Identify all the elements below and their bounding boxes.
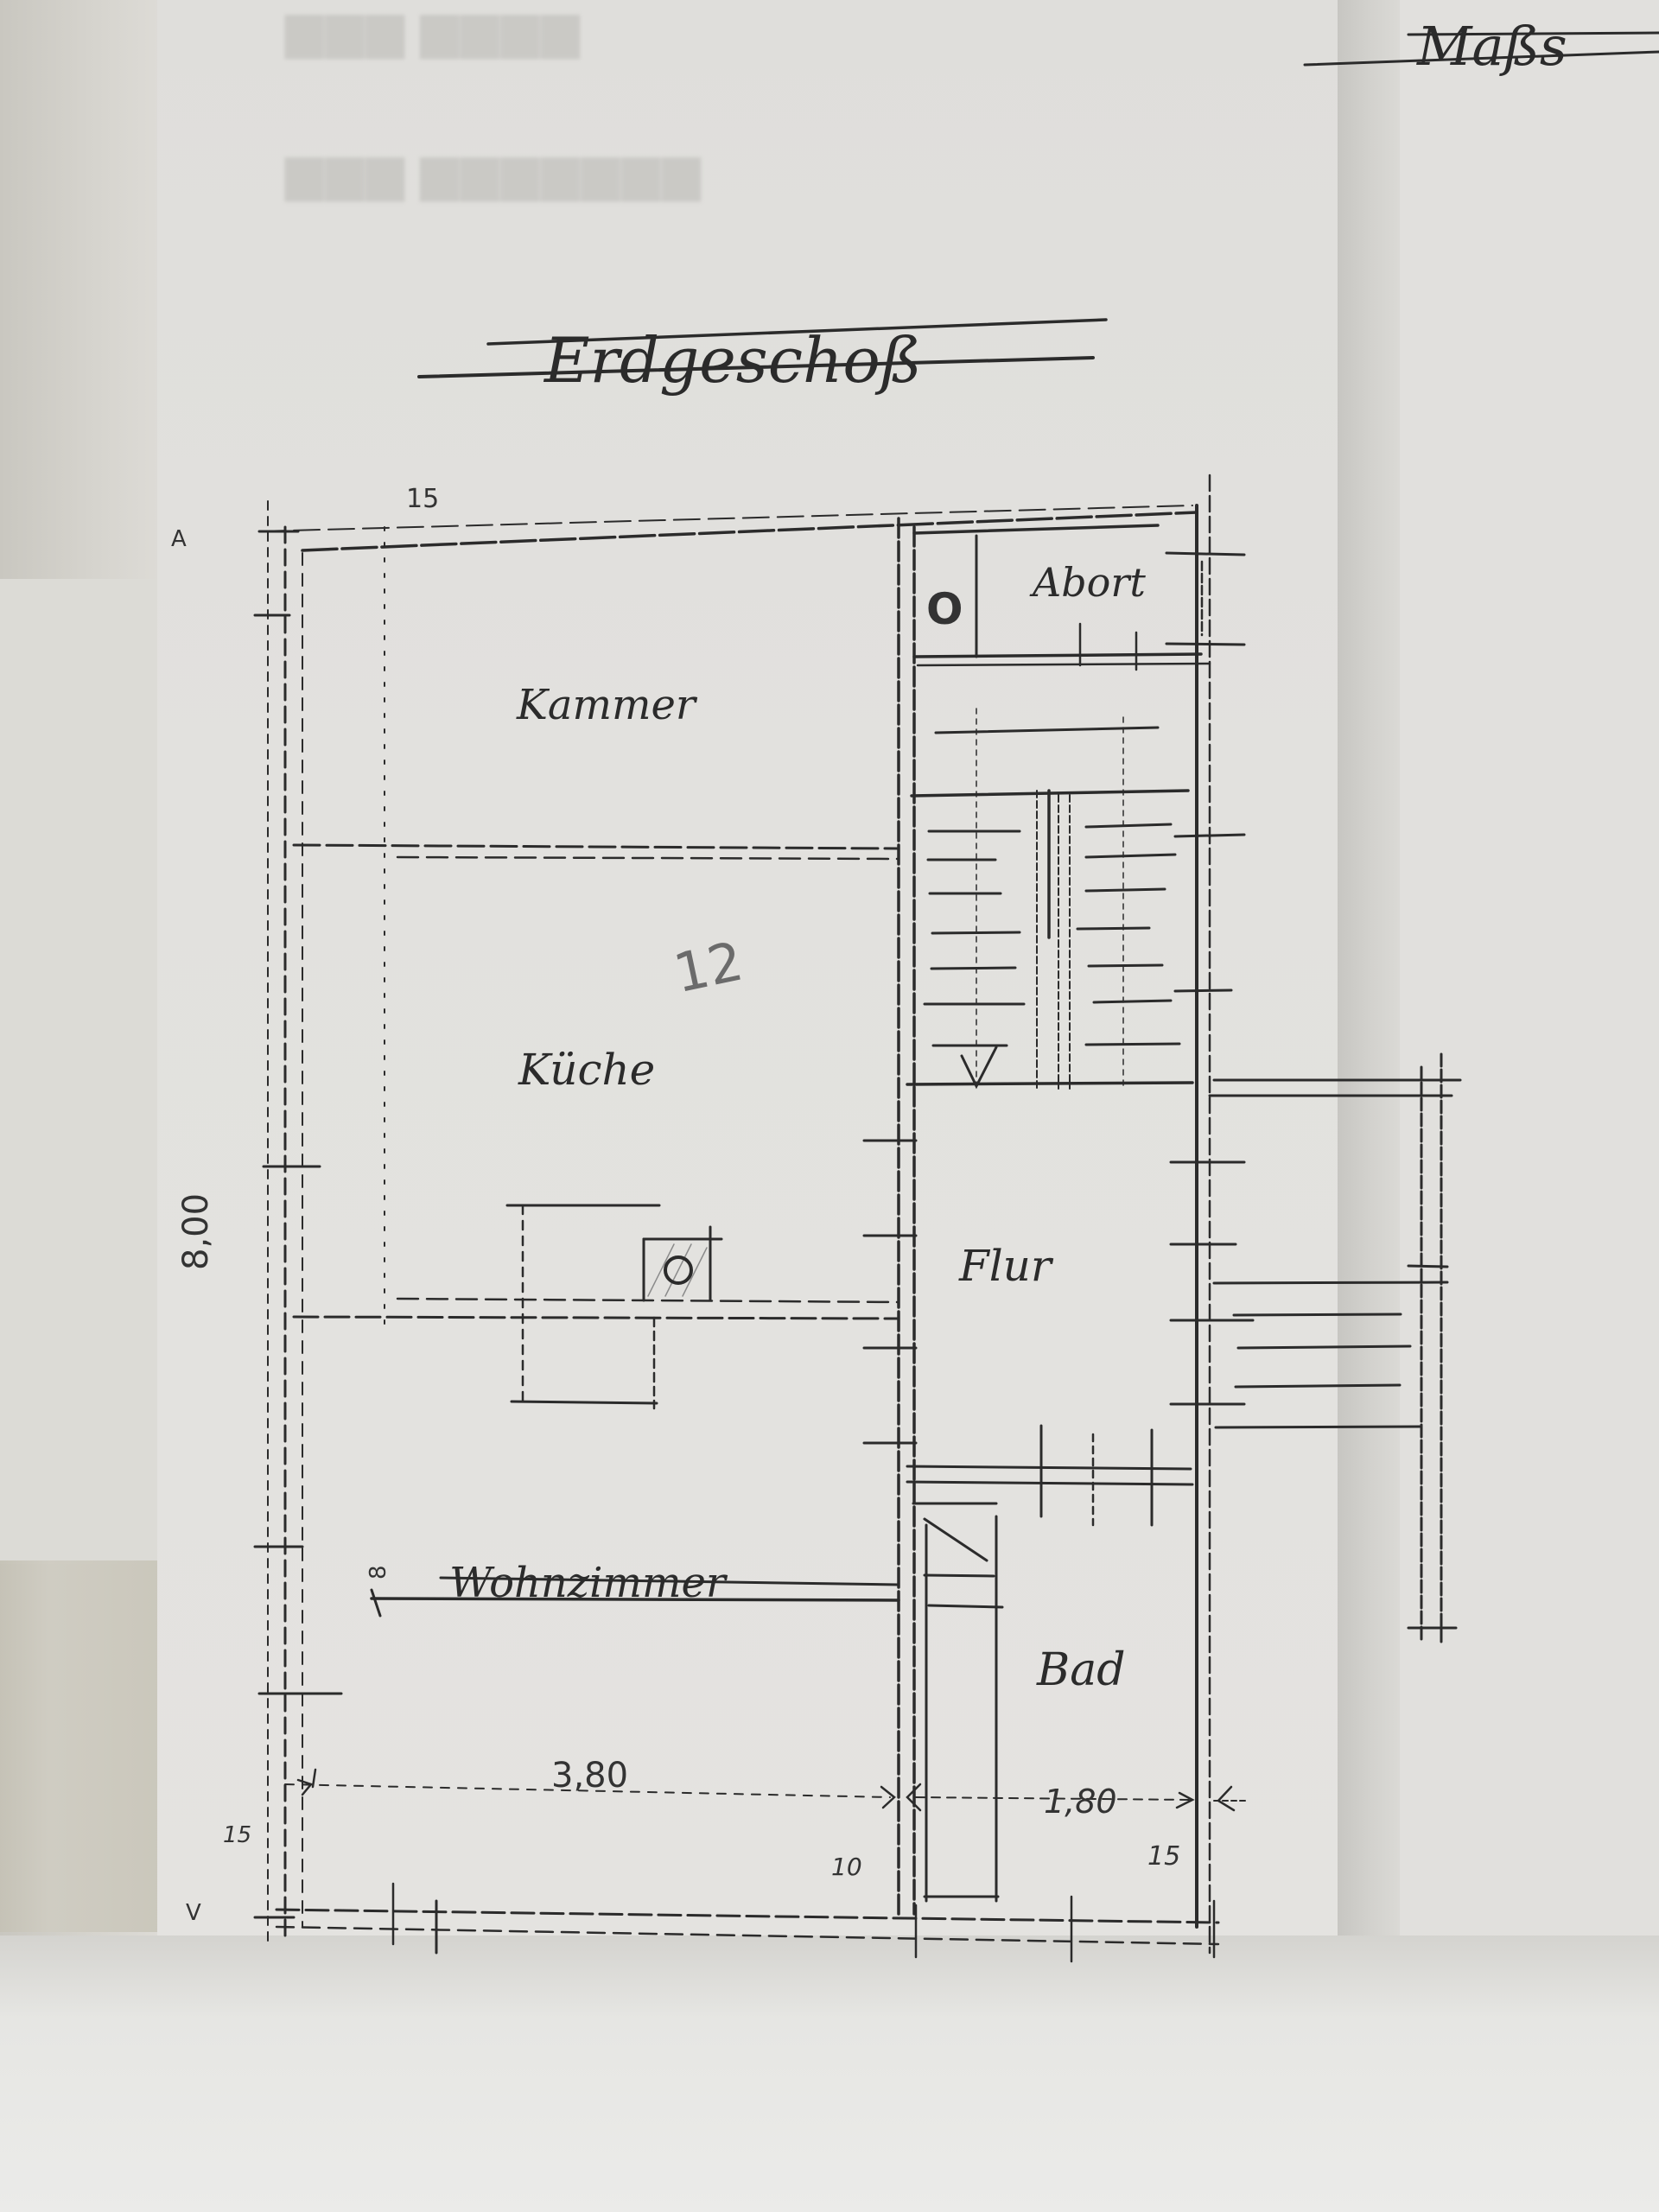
section-marker-bottom: V <box>186 1900 201 1926</box>
dimension-inner-wall: 10 <box>831 1853 862 1881</box>
dimension-top-wall: 15 <box>406 484 439 514</box>
corner-heading: Maßs <box>1416 15 1567 78</box>
pencil-note: 12 <box>669 929 748 1005</box>
room-label-kammer: Kammer <box>516 681 698 729</box>
dimension-overall-depth: 8,00 <box>176 1193 216 1270</box>
plan-title: Erdgeschoß <box>543 324 922 397</box>
dimension-width-right: 1,80 <box>1044 1783 1117 1821</box>
dimension-outer-wall-left: 15 <box>223 1822 251 1848</box>
room-label-bad: Bad <box>1036 1644 1126 1696</box>
dimension-outer-wall-right: 15 <box>1147 1841 1180 1872</box>
floor-plan-drawing: Erdgeschoß Maßs Kammer Küche Wohnzimmer … <box>0 0 1659 2212</box>
room-label-wohnzimmer: Wohnzimmer <box>449 1559 728 1607</box>
room-label-flur: Flur <box>958 1241 1054 1291</box>
chimney-symbol-icon: O <box>926 584 963 634</box>
section-marker-top: A <box>171 526 187 552</box>
room-label-abort: Abort <box>1029 559 1146 606</box>
room-label-kueche: Küche <box>518 1045 655 1095</box>
dimension-small-mark: 8 <box>365 1565 391 1580</box>
dimension-width-left: 3,80 <box>551 1756 628 1796</box>
